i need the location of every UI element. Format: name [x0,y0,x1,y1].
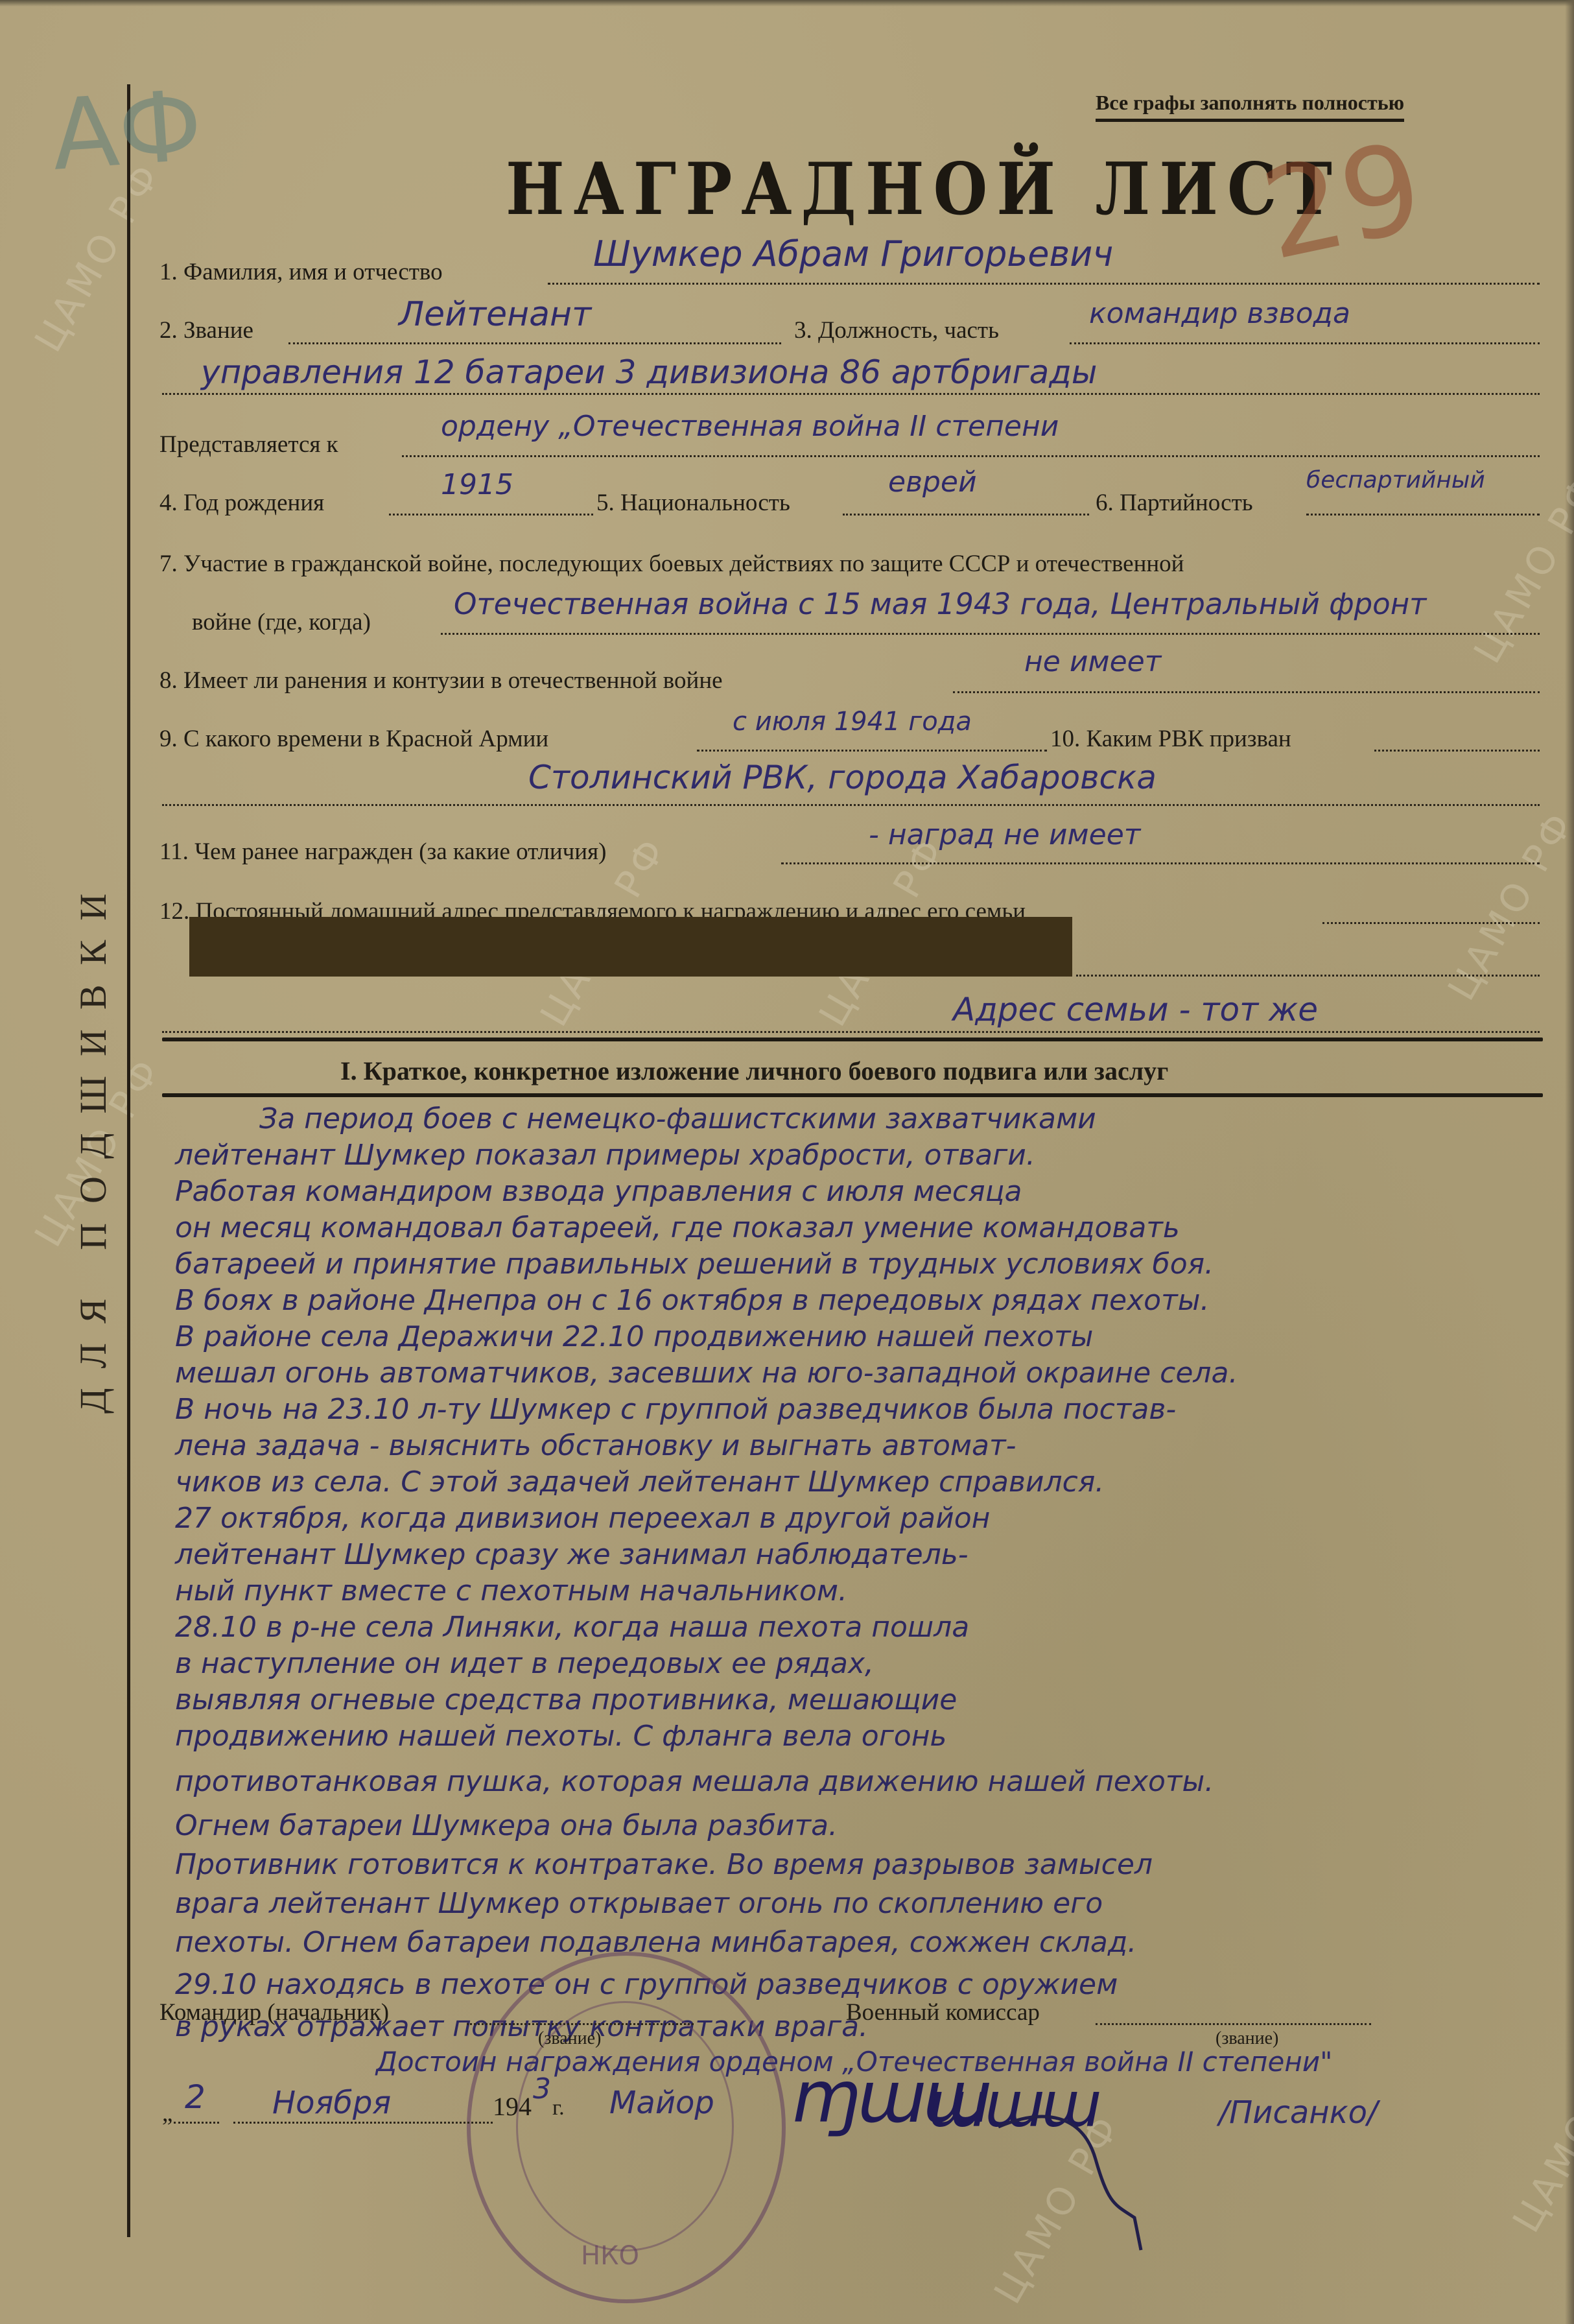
field-4-value: 1915 [441,468,513,501]
field-3-value: командир взвода [1089,297,1350,330]
field-5-label: 5. Национальность [596,489,790,517]
field-12-line [1322,922,1540,924]
field-12-family-address: Адрес семьи - тот же [953,991,1318,1028]
field-10-label: 10. Каким РВК призван [1050,725,1291,753]
field-2-line [288,342,781,344]
date-year-prefix: 194 [493,2091,532,2122]
narrative-line: мешал огонь автоматчиков, засевших на юг… [175,1357,1238,1390]
narrative-line: врага лейтенант Шумкер открывает огонь п… [175,1887,1103,1920]
official-stamp: НКО [467,1952,786,2303]
narrative-line: чиков из села. С этой задачей лейтенант … [175,1465,1104,1499]
field-3-line [1070,342,1540,344]
section-title: I. Краткое, конкретное изложение личного… [340,1056,1168,1086]
date-day: 2 [185,2078,206,2116]
section-rule-top [162,1037,1543,1041]
date-month-line [233,2122,493,2124]
field-9-line [697,750,1047,752]
field-12-family-line [162,1031,1540,1033]
narrative-line: пехоты. Огнем батареи подавлена минбатар… [175,1926,1136,1959]
field-3-value-cont: управления 12 батареи 3 дивизиона 86 арт… [201,353,1097,391]
signature-flourish [992,2062,1160,2257]
field-7-label-cont: войне (где, когда) [192,608,371,636]
narrative-line: Работая командиром взвода управления с и… [175,1175,1022,1208]
narrative-line: Противник готовится к контратаке. Во вре… [175,1848,1153,1881]
nomination-value: ордену „Отечественная война II степени [441,410,1059,443]
field-4-line [389,514,593,516]
field-2-value: Лейтенант [399,295,591,334]
field-7-line [441,633,1540,635]
field-5-line [843,514,1089,516]
pencil-corner-mark: АФ [48,69,206,193]
narrative-line: В боях в районе Днепра он с 16 октября в… [175,1284,1209,1317]
nomination-label: Представляется к [159,431,338,458]
narrative-line: 28.10 в р-не села Линяки, когда наша пех… [175,1611,969,1644]
field-5-value: еврей [888,466,977,499]
narrative-line: ный пункт вместе с пехотным начальником. [175,1574,847,1607]
narrative-line: лена задача - выяснить обстановку и выгн… [175,1429,1016,1462]
date-day-line [174,2122,219,2124]
narrative-line: В ночь на 23.10 л-ту Шумкер с группой ра… [175,1393,1176,1426]
field-1-line [548,283,1540,285]
narrative-line: 27 октября, когда дивизион переехал в др… [175,1502,990,1535]
date-year-suffix: 3 [533,2072,551,2105]
nomination-line [402,455,1540,457]
field-8-label: 8. Имеет ли ранения и контузии в отечест… [159,667,723,694]
field-6-label: 6. Партийность [1096,489,1253,517]
field-6-value: беспартийный [1306,467,1485,493]
narrative-line: Огнем батареи Шумкера она была разбита. [175,1809,838,1842]
narrative-line: противотанковая пушка, которая мешала дв… [175,1765,1214,1798]
commissar-rank-line [1096,2023,1371,2025]
field-11-value: - наград не имеет [869,818,1140,851]
narrative-line: За период боев с немецко-фашистскими зах… [259,1102,1096,1135]
field-10-cont-line [162,804,1540,806]
field-1-value: Шумкер Абрам Григорьевич [593,233,1113,274]
field-11-label: 11. Чем ранее награжден (за какие отличи… [159,838,606,866]
field-9-value: с июля 1941 года [733,707,972,737]
section-rule-bottom [162,1093,1543,1097]
commander-label: Командир (начальник) [159,1998,389,2026]
redacted-address-block [189,917,1072,977]
field-7-label: 7. Участие в гражданской войне, последую… [159,550,1184,578]
field-1-label: 1. Фамилия, имя и отчество [159,258,443,286]
narrative-line: он месяц командовал батареей, где показа… [175,1211,1180,1244]
narrative-line: продвижению нашей пехоты. С фланга вела … [175,1720,946,1753]
field-10-value: Столинский РВК, города Хабаровска [528,759,1157,796]
commander-rank-value: Майор [609,2085,714,2121]
narrative-line: в наступление он идет в передовых ее ряд… [175,1647,874,1680]
field-10-line [1374,750,1540,752]
paper-right-edge [1565,0,1574,2324]
date-open-quote: „ [162,2100,172,2128]
field-11-line [781,862,1540,864]
binding-margin-line [127,84,130,2237]
narrative-line: выявляя огневые средства противника, меш… [175,1683,957,1716]
fill-instruction: Все графы заполнять полностью [1096,91,1404,122]
stamp-text: НКО [581,2241,639,2271]
field-2-label: 2. Звание [159,316,253,344]
narrative-line: батареей и принятие правильных решений в… [175,1248,1214,1281]
narrative-line: лейтенант Шумкер показал примеры храброс… [175,1139,1035,1172]
field-6-line [1306,514,1540,516]
binding-label: ДЛЯ ПОДШИВКИ [71,874,115,1414]
commander-rank-line [467,2023,694,2025]
document-title: НАГРАДНОЙ ЛИСТ [506,147,1341,231]
date-year-unit: г. [552,2096,565,2120]
commissar-label: Военный комиссар [846,1998,1040,2026]
field-3-label: 3. Должность, часть [794,316,999,344]
field-4-label: 4. Год рождения [159,489,324,517]
narrative-line: В районе села Деражичи 22.10 продвижению… [175,1320,1093,1353]
field-8-line [953,691,1540,693]
field-8-value: не имеет [1024,645,1161,678]
narrative-line: лейтенант Шумкер сразу же занимал наблюд… [175,1538,969,1571]
date-month: Ноября [272,2085,391,2121]
field-12-cont-line [1076,975,1540,977]
field-9-label: 9. С какого времени в Красной Армии [159,725,548,753]
field-7-value: Отечественная война с 15 мая 1943 года, … [454,587,1426,621]
commissar-name: /Писанко/ [1219,2094,1378,2131]
paper-top-edge [0,0,1574,6]
field-3-cont-line [162,393,1540,395]
